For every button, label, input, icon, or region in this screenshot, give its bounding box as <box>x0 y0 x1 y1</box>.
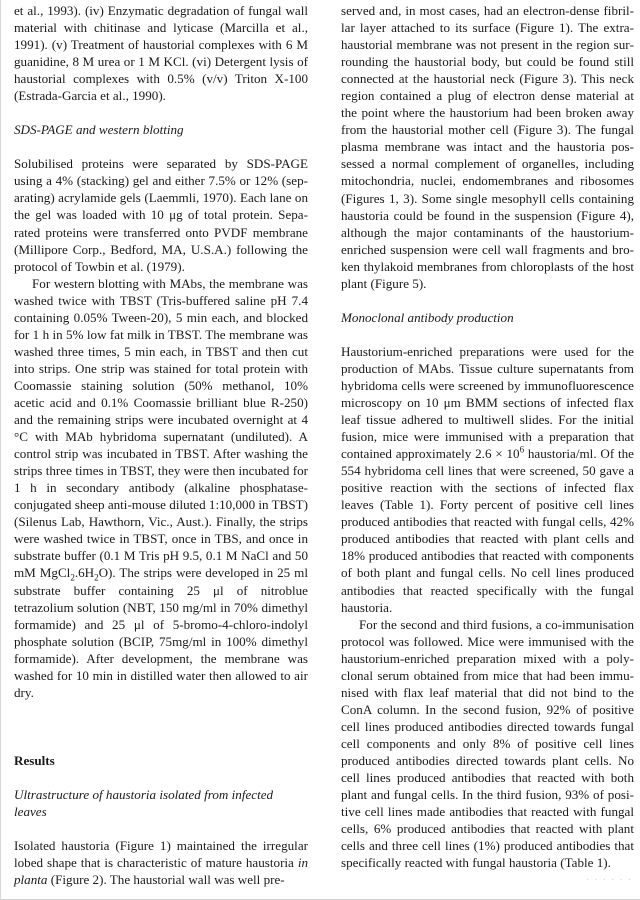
paper-page: et al., 1993). (iv) Enzymatic degradatio… <box>0 0 640 900</box>
section-heading-results: Results <box>14 752 308 769</box>
mab-production-paragraph: Haustorium-enriched preparations were us… <box>341 343 634 616</box>
subheading-ultrastructure: Ultrastructure of haustoria isolated fro… <box>14 786 308 820</box>
co-immunisation-paragraph: For the second and third fusions, a co-i… <box>341 616 634 872</box>
methods-paragraph-end: et al., 1993). (iv) Enzymatic degradatio… <box>14 2 308 104</box>
ultrastructure-paragraph-continued: served and, in most cases, had an electr… <box>341 2 634 292</box>
right-column: served and, in most cases, had an electr… <box>341 2 634 871</box>
left-column: et al., 1993). (iv) Enzymatic degradatio… <box>14 2 308 888</box>
subheading-sds-page: SDS-PAGE and western blotting <box>14 121 308 138</box>
western-blotting-paragraph: For western blotting with MAbs, the memb… <box>14 275 308 701</box>
ultrastructure-paragraph: Isolated haustoria (Figure 1) maintained… <box>14 837 308 888</box>
subheading-monoclonal-antibody: Monoclonal antibody production <box>341 309 634 326</box>
sds-page-paragraph: Solubilised proteins were separated by S… <box>14 155 308 274</box>
watermark: · · · · · · <box>586 875 632 886</box>
